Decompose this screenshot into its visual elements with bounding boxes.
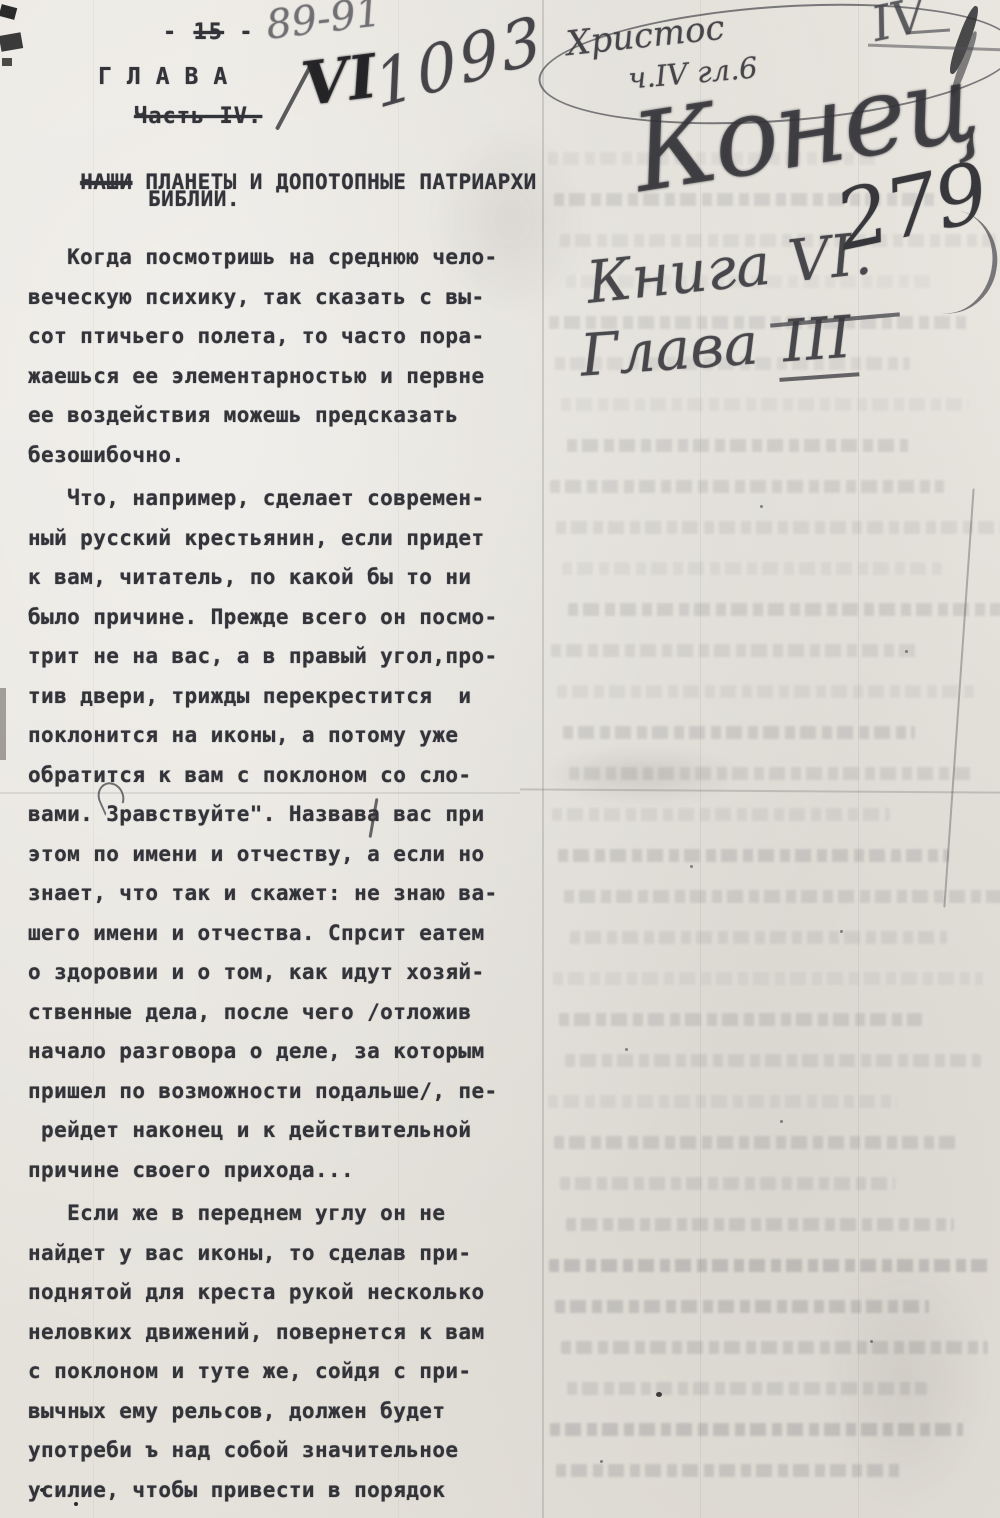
paragraph: Что, например, сделает современ-ный русс… <box>28 479 514 1190</box>
scratch-line <box>943 488 974 907</box>
typed-line: Что, например, сделает современ- <box>28 479 514 519</box>
typed-line: сот птичьего полета, то часто пора- <box>28 317 514 357</box>
faint-text-line <box>560 1177 895 1190</box>
faint-text-line <box>566 1218 954 1231</box>
faint-text-line <box>554 1136 956 1149</box>
faint-text-line <box>561 398 969 411</box>
typed-line: ее воздействия можешь предсказать <box>28 396 514 436</box>
typed-body-text: Когда посмотришь на среднюю чело-веческу… <box>28 238 514 1510</box>
typed-line: жаешься ее элементарностью и первне <box>28 357 514 397</box>
faint-text-line <box>556 1464 902 1477</box>
title-struck-word: НАШИ <box>80 170 132 194</box>
page-fold-line <box>542 0 544 1518</box>
faint-text-line <box>555 1300 929 1313</box>
part-line-struck: Часть IV. <box>134 104 262 129</box>
faint-text-line <box>568 603 1000 616</box>
typed-line: неловких движений, повернется к вам <box>28 1313 514 1353</box>
typed-line: веческую психику, так сказать с вы- <box>28 278 514 318</box>
faint-text-line <box>549 1259 990 1272</box>
faint-text-line <box>553 972 983 985</box>
faint-text-line <box>559 1013 922 1026</box>
handwritten-big-number: 1093 <box>370 2 549 124</box>
typed-line: начало разговора о деле, за которым <box>28 1032 514 1072</box>
typed-line: знает, что так и скажет: не знаю ва- <box>28 874 514 914</box>
ink-speck <box>760 505 763 508</box>
faint-text-line <box>567 1382 927 1395</box>
faint-text-line <box>570 931 947 944</box>
faint-text-line <box>556 521 1000 534</box>
faint-text-line <box>558 849 949 862</box>
edge-blot <box>2 58 12 66</box>
ink-speck <box>780 1120 783 1123</box>
faint-text-line <box>550 480 944 493</box>
typed-line: поднятой для креста рукой несколько <box>28 1273 514 1313</box>
ink-speck <box>690 865 693 868</box>
faint-text-line <box>563 726 915 739</box>
chapter-heading: ГЛАВА <box>98 64 242 90</box>
typed-line: безошибочно. <box>28 436 514 476</box>
scanned-typescript-page: - 15 - ГЛАВА Часть IV. НАШИ ПЛАНЕТЫ И ДО… <box>0 0 1000 1518</box>
chapter-note-numeral: III <box>774 302 860 381</box>
faint-text-line <box>551 644 917 657</box>
faint-text-line <box>565 1054 981 1067</box>
chapter-note-word: Глава <box>578 309 761 389</box>
ink-speck <box>840 930 843 933</box>
faint-text-line <box>569 767 974 780</box>
typed-line: о здоровии и о том, как идут хозяй- <box>28 953 514 993</box>
faint-text-line <box>561 1341 988 1354</box>
faint-text-line <box>550 1423 963 1436</box>
page-number-prefix: - <box>163 20 194 45</box>
title-line-1: НАШИ ПЛАНЕТЫ И ДОПОТОПНЫЕ ПАТРИАРХИ <box>28 146 537 218</box>
ink-speck <box>905 650 908 653</box>
edge-blot <box>0 32 23 52</box>
typed-line: вычных ему рельсов, должен будет <box>28 1392 514 1432</box>
faint-text-line <box>557 685 976 698</box>
typed-line: ный русский крестьянин, если придет <box>28 519 514 559</box>
handwritten-chapter-roman: VI <box>298 42 381 121</box>
typed-line: шего имени и отчества. Спрсит еатем <box>28 914 514 954</box>
typed-line: с поклоном и туте же, сойдя с при- <box>28 1352 514 1392</box>
ink-speck <box>625 1048 628 1051</box>
page-number-suffix: - <box>224 20 255 45</box>
faint-text-line <box>567 439 908 452</box>
faint-text-line <box>562 562 942 575</box>
typed-line: тив двери, трижды перекрестится и <box>28 677 514 717</box>
typed-line: было причине. Прежде всего он посмо- <box>28 598 514 638</box>
page-number-struck: 15 <box>194 20 225 45</box>
faint-text-line <box>552 808 890 821</box>
scan-streak <box>700 0 701 1518</box>
edge-blot <box>0 4 17 20</box>
ink-speck <box>600 1460 603 1463</box>
edge-blot <box>0 688 6 760</box>
title-line-2: БИБЛИИ. <box>148 187 240 211</box>
paragraph: Когда посмотришь на среднюю чело-веческу… <box>28 238 514 475</box>
ink-speck <box>870 1340 873 1343</box>
typed-line: ственные дела, после чего /отложив <box>28 993 514 1033</box>
typed-line: пришел по возможности подальше/, пе- <box>28 1072 514 1112</box>
typed-line: к вам, читатель, по какой бы то ни <box>28 558 514 598</box>
typed-line: усилие, чтобы привести в порядок <box>28 1471 514 1511</box>
typed-line: трит не на вас, а в правый угол,про- <box>28 637 514 677</box>
faint-text-line <box>564 890 1000 903</box>
typed-line: поклонится на иконы, а потому уже <box>28 716 514 756</box>
typed-line: употреби ъ над собой значительное <box>28 1431 514 1471</box>
page-number: - 15 - <box>163 20 255 45</box>
paragraph: Если же в переднем углу он ненайдет у ва… <box>28 1194 514 1510</box>
faint-text-line <box>548 1095 897 1108</box>
typed-line: этом по имени и отчеству, а если но <box>28 835 514 875</box>
typed-line: Когда посмотришь на среднюю чело- <box>28 238 514 278</box>
typed-line: причине своего прихода... <box>28 1151 514 1191</box>
typed-line: Если же в переднем углу он не <box>28 1194 514 1234</box>
typed-line: рейдет наконец и к действительной <box>28 1111 514 1151</box>
typed-line: найдет у вас иконы, то сделав при- <box>28 1234 514 1274</box>
